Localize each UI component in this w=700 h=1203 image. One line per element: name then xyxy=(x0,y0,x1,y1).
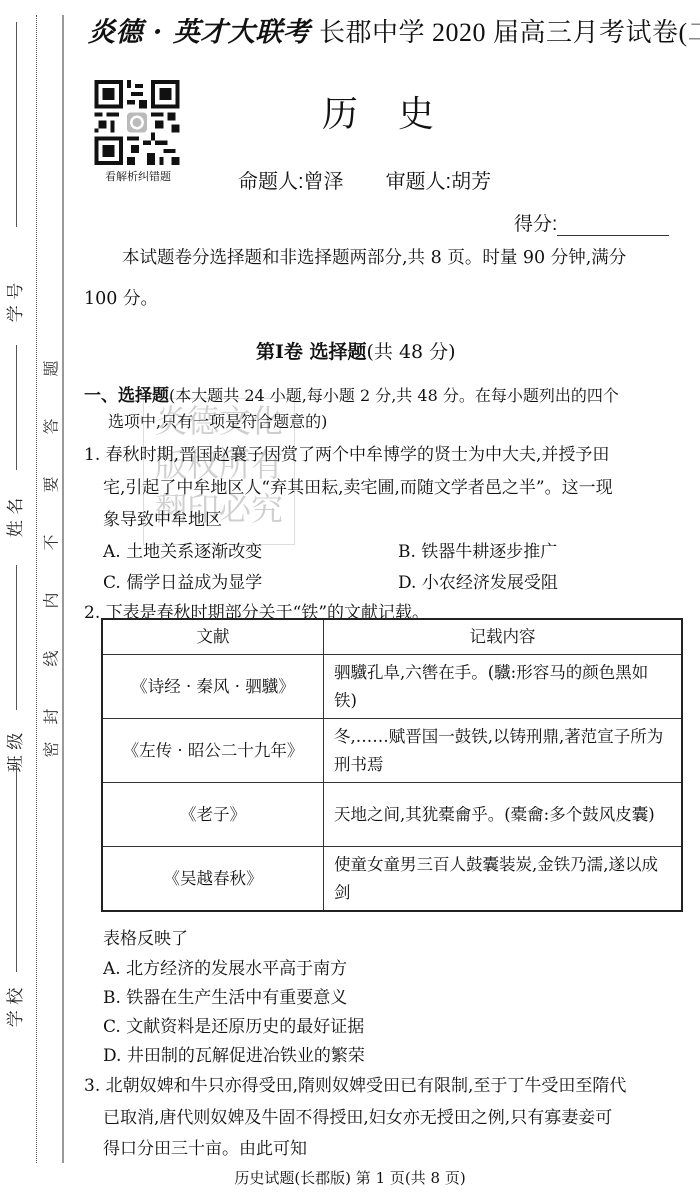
dotted-cut-line xyxy=(36,15,37,1163)
table-header-row: 文献 记载内容 xyxy=(102,619,682,655)
option-a[interactable]: A. 北方经济的发展水平高于南方 xyxy=(103,954,347,979)
table-row: 《吴越春秋》 使童女童男三百人鼓囊装炭,金铁乃濡,遂以成剑 xyxy=(102,847,682,912)
school-label: 学 校 xyxy=(1,988,26,1027)
option-b[interactable]: B. 铁器在生产生活中有重要意义 xyxy=(103,983,347,1008)
part-one-instruction: (本大题共 24 小题,每小题 2 分,共 48 分。在每小题列出的四个 xyxy=(169,386,619,405)
student-id-label: 学 号 xyxy=(1,283,26,322)
table-cell: 《诗经 · 秦风 · 驷驖》 xyxy=(102,655,324,719)
qr-caption: 看解析纠错题 xyxy=(90,168,186,184)
class-label: 班 级 xyxy=(1,733,26,772)
table-cell: 天地之间,其犹橐龠乎。(橐龠:多个鼓风皮囊) xyxy=(324,783,683,847)
seal-char: 不 xyxy=(39,533,62,553)
question-stem: 已取消,唐代则奴婢及牛固不得授田,妇女亦无授田之例,只有寡妻妾可 xyxy=(103,1103,612,1128)
score-label: 得分: xyxy=(514,214,557,235)
part-one-heading: 一、选择题(本大题共 24 小题,每小题 2 分,共 48 分。在每小题列出的四… xyxy=(84,381,619,406)
section-title-main: 第Ⅰ卷 选择题 xyxy=(256,341,367,363)
seal-char: 线 xyxy=(39,649,62,669)
name-label: 姓 名 xyxy=(1,498,26,537)
question-setter: 命题人:曾泽 xyxy=(238,171,344,193)
section-title-points: (共 48 分) xyxy=(367,341,456,363)
table-header: 记载内容 xyxy=(324,619,683,655)
intro-text-cont: 100 分。 xyxy=(84,283,158,315)
table-row: 《老子》 天地之间,其犹橐龠乎。(橐龠:多个鼓风皮囊) xyxy=(102,783,682,847)
question-stem: 宅,引起了中牟地区人“弃其田耘,卖宅圃,而随文学者邑之半”。这一现 xyxy=(103,473,613,498)
literature-table: 文献 记载内容 《诗经 · 秦风 · 驷驖》 驷驖孔阜,六辔在手。(驖:形容马的… xyxy=(101,618,683,912)
table-cell: 《左传 · 昭公二十九年》 xyxy=(102,719,324,783)
option-a[interactable]: A. 土地关系逐渐改变 xyxy=(103,537,262,562)
question-prompt: 表格反映了 xyxy=(103,924,188,949)
student-id-blank[interactable] xyxy=(16,22,17,227)
table-cell: 使童女童男三百人鼓囊装炭,金铁乃濡,遂以成剑 xyxy=(324,847,683,912)
authors: 命题人:曾泽审题人:胡芳 xyxy=(238,165,491,194)
question-stem: 3. 北朝奴婢和牛只亦得受田,隋则奴婢受田已有限制,至于丁牛受田至隋代 xyxy=(84,1071,626,1096)
option-c[interactable]: C. 儒学日益成为显学 xyxy=(103,568,262,593)
table-cell: 《吴越春秋》 xyxy=(102,847,324,912)
class-blank[interactable] xyxy=(16,565,17,710)
option-b[interactable]: B. 铁器牛耕逐步推广 xyxy=(398,537,557,562)
question-stem: 1. 春秋时期,晋国赵襄子因赏了两个中牟博学的贤士为中大夫,并授予田 xyxy=(84,440,609,465)
seal-char: 封 xyxy=(39,707,62,727)
table-cell: 《老子》 xyxy=(102,783,324,847)
brand-title: 炎德 · 英才大联考 xyxy=(88,17,310,48)
question-stem: 象导致中牟地区 xyxy=(103,505,222,530)
section-title: 第Ⅰ卷 选择题(共 48 分) xyxy=(256,337,456,364)
option-d[interactable]: D. 小农经济发展受阻 xyxy=(398,568,558,593)
exam-title: 长郡中学 2020 届高三月考试卷(二) xyxy=(319,18,700,47)
subject-title: 历史 xyxy=(322,86,474,137)
question-stem: 得口分田三十亩。由此可知 xyxy=(103,1134,307,1159)
score-field: 得分: xyxy=(514,209,669,236)
qr-code-icon[interactable] xyxy=(93,80,181,165)
seal-char: 答 xyxy=(39,417,62,437)
name-blank[interactable] xyxy=(16,345,17,470)
seal-char: 密 xyxy=(39,740,62,760)
table-cell: 冬,……赋晋国一鼓铁,以铸刑鼎,著范宣子所为刑书焉 xyxy=(324,719,683,783)
question-reviewer: 审题人:胡芳 xyxy=(386,171,492,193)
option-d[interactable]: D. 井田制的瓦解促进冶铁业的繁荣 xyxy=(103,1041,365,1066)
exam-header: 炎德 · 英才大联考 长郡中学 2020 届高三月考试卷(二) xyxy=(88,10,698,50)
table-row: 《诗经 · 秦风 · 驷驖》 驷驖孔阜,六辔在手。(驖:形容马的颜色黑如铁) xyxy=(102,655,682,719)
part-one-instruction-cont: 选项中,只有一项是符合题意的) xyxy=(108,409,327,432)
page-footer: 历史试题(长郡版) 第 1 页(共 8 页) xyxy=(0,1167,700,1188)
table-row: 《左传 · 昭公二十九年》 冬,……赋晋国一鼓铁,以铸刑鼎,著范宣子所为刑书焉 xyxy=(102,719,682,783)
table-cell: 驷驖孔阜,六辔在手。(驖:形容马的颜色黑如铁) xyxy=(324,655,683,719)
intro-text: 本试题卷分选择题和非选择题两部分,共 8 页。时量 90 分钟,满分 xyxy=(122,242,626,274)
part-one-title: 一、选择题 xyxy=(84,386,169,406)
seal-char: 内 xyxy=(39,591,62,611)
table-header: 文献 xyxy=(102,619,324,655)
seal-char: 题 xyxy=(39,359,62,379)
margin-border-line xyxy=(62,15,64,1163)
school-blank[interactable] xyxy=(16,762,17,972)
score-blank[interactable] xyxy=(557,217,669,236)
seal-char: 要 xyxy=(39,475,62,495)
option-c[interactable]: C. 文献资料是还原历史的最好证据 xyxy=(103,1012,364,1037)
